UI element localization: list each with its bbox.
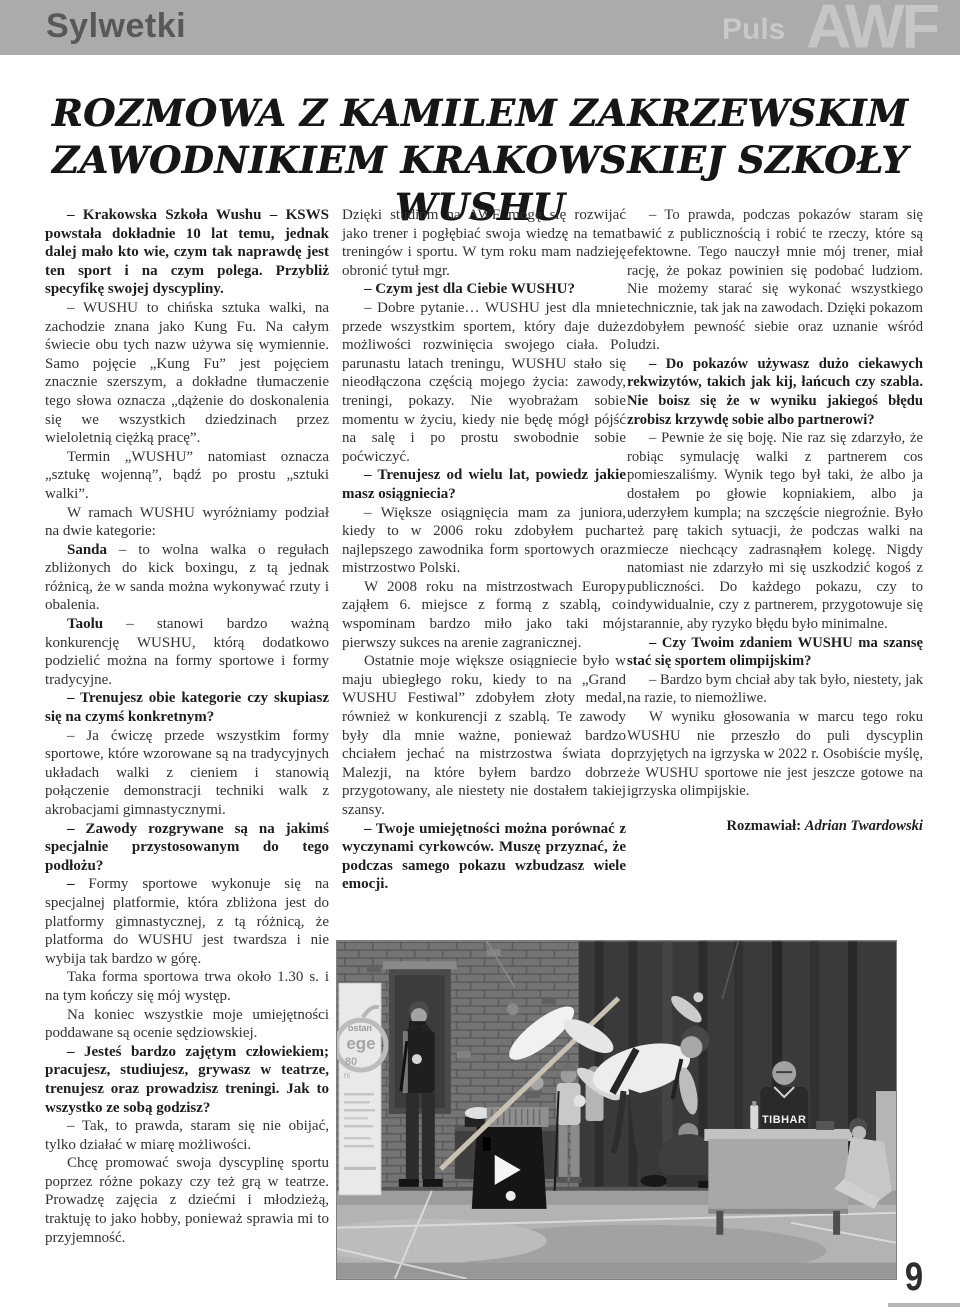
text-run: Chcę promować swoja dyscyplinę sportu po… (45, 1155, 329, 1245)
text-run: – Twoje umiejętności można porównać z wy… (342, 821, 626, 893)
article-paragraph: – Tak, to prawda, staram się nie obijać,… (45, 1117, 329, 1154)
text-run: – Większe osiągnięcia mam za juniora, ki… (342, 505, 626, 577)
text-run: – Do pokazów używasz dużo ciekawych rekw… (627, 356, 923, 428)
article-paragraph: Rozmawiał: Adrian Twardowski (627, 817, 923, 836)
article-paragraph: W wyniku głosowania w marcu tego roku WU… (627, 708, 923, 801)
loudspeaker (472, 1127, 547, 1209)
text-run: Dzięki studiom na AWF mogę się rozwijać … (342, 207, 626, 279)
text-run: Taolu (67, 616, 103, 632)
article-paragraph: – Ja ćwiczę przede wszystkim formy sport… (45, 727, 329, 820)
text-run: – To prawda, podczas pokazów staram się … (627, 207, 923, 353)
article-paragraph: W ramach WUSHU wyróżniamy podział na dwi… (45, 504, 329, 541)
text-run: – Czy Twoim zdaniem WUSHU ma szansę stać… (627, 635, 923, 670)
article-paragraph: – Trenujesz obie kategorie czy skupiasz … (45, 689, 329, 726)
text-run: – Ja ćwiczę przede wszystkim formy sport… (45, 728, 329, 818)
article-column-2: Dzięki studiom na AWF mogę się rozwijać … (342, 206, 626, 894)
article-paragraph: – Trenujesz od wielu lat, powiedz jakie … (342, 466, 626, 503)
article-column-3: – To prawda, podczas pokazów staram się … (627, 206, 923, 836)
article-paragraph: Sanda – to wolna walka o regułach zbliżo… (45, 541, 329, 615)
text-run: – Dobre pytanie… WUSHU jest dla mnie prz… (342, 300, 626, 465)
sponsor-banner: ostan ege 80 ni (337, 983, 386, 1195)
article-paragraph: – WUSHU to chińska sztuka walki, na zach… (45, 299, 329, 448)
text-run: – Trenujesz obie kategorie czy skupiasz … (45, 690, 329, 725)
text-run: – Zawody rozgrywane są na jakimś specjal… (45, 821, 329, 874)
performance-photo-illustration: Czarno-biała fotografia: zawodnik wushu … (337, 941, 896, 1279)
svg-text:ostan: ostan (348, 1023, 372, 1033)
article-paragraph: Taolu – stanowi bardzo ważną konkurencję… (45, 615, 329, 689)
article-paragraph: Ostatnie moje większe osiągniecie było w… (342, 652, 626, 819)
text-run: Taka forma sportowa trwa około 1.30 s. i… (45, 969, 329, 1004)
brand-awf-logo: AWF (806, 0, 937, 62)
article-paragraph: – Pewnie że się boję. Nie raz się zdarzy… (627, 429, 923, 634)
text-run: Ostatnie moje większe osiągniecie było w… (342, 653, 626, 818)
article-paragraph: – Czym jest dla Ciebie WUSHU? (342, 280, 626, 299)
text-run: – Czym jest dla Ciebie WUSHU? (364, 281, 575, 297)
tibhar-logo-text: TIBHAR (762, 1114, 806, 1126)
text-run: Adrian Twardowski (805, 818, 923, 834)
text-run: W wyniku głosowania w marcu tego roku WU… (627, 709, 923, 799)
article-paragraph: Na koniec wszystkie moje umiejętności po… (45, 1006, 329, 1043)
article-paragraph: Taka forma sportowa trwa około 1.30 s. i… (45, 968, 329, 1005)
article-title-line1: ROZMOWA Z KAMILEM ZAKRZEWSKIM (0, 90, 960, 137)
text-run: W ramach WUSHU wyróżniamy podział na dwi… (45, 505, 329, 540)
text-run: – Trenujesz od wielu lat, powiedz jakie … (342, 467, 626, 502)
article-paragraph: – Do pokazów używasz dużo ciekawych rekw… (627, 355, 923, 429)
article-paragraph: – Jesteś bardzo zajętym człowiekiem; pra… (45, 1043, 329, 1117)
article-column-1: – Krakowska Szkoła Wushu – KSWS powstała… (45, 206, 329, 1310)
article-paragraph: – Dobre pytanie… WUSHU jest dla mnie prz… (342, 299, 626, 466)
article-paragraph: – Formy sportowe wykonuje się na specjal… (45, 875, 329, 968)
article-paragraph: – Krakowska Szkoła Wushu – KSWS powstała… (45, 206, 329, 299)
svg-text:ege: ege (346, 1034, 375, 1053)
svg-text:80: 80 (345, 1056, 357, 1068)
text-run: – Jesteś bardzo zajętym człowiekiem; pra… (45, 1044, 329, 1116)
article-paragraph: W 2008 roku na mistrzostwach Europy zają… (342, 578, 626, 652)
page-number: 9 (898, 1255, 931, 1300)
text-run: Termin „WUSHU” natomiast oznacza „sztukę… (45, 449, 329, 502)
article-paragraph: – Większe osiągnięcia mam za juniora, ki… (342, 504, 626, 578)
text-run: – Tak, to prawda, staram się nie obijać,… (45, 1118, 329, 1153)
article-paragraph: – Twoje umiejętności można porównać z wy… (342, 820, 626, 894)
article-paragraph: Termin „WUSHU” natomiast oznacza „sztukę… (45, 448, 329, 504)
article-paragraph: Chcę promować swoja dyscyplinę sportu po… (45, 1154, 329, 1247)
article-paragraph: – Czy Twoim zdaniem WUSHU ma szansę stać… (627, 634, 923, 671)
text-run: Sanda (67, 542, 107, 558)
svg-text:ni: ni (344, 1071, 350, 1080)
article-paragraph: Dzięki studiom na AWF mogę się rozwijać … (342, 206, 626, 280)
text-run: Na koniec wszystkie moje umiejętności po… (45, 1007, 329, 1042)
page-number-rule (888, 1303, 960, 1307)
brand-puls: Puls (722, 13, 785, 47)
article-paragraph: – Bardzo bym chciał aby tak było, nieste… (627, 671, 923, 708)
section-label: Sylwetki (46, 7, 186, 46)
text-run: – Pewnie że się boję. Nie raz się zdarzy… (627, 430, 923, 632)
text-run: – Bardzo bym chciał aby tak było, nieste… (627, 672, 923, 707)
performance-photo: Czarno-biała fotografia: zawodnik wushu … (336, 940, 897, 1280)
magazine-page: Sylwetki Puls AWF ROZMOWA Z KAMILEM ZAKR… (0, 0, 960, 1316)
article-paragraph: – To prawda, podczas pokazów staram się … (627, 206, 923, 355)
text-run: Rozmawiał: (726, 818, 804, 834)
text-run: W 2008 roku na mistrzostwach Europy zają… (342, 579, 626, 651)
text-run: – (67, 876, 88, 892)
text-run: Formy sportowe wykonuje się na specjalne… (45, 876, 329, 966)
text-run: – WUSHU to chińska sztuka walki, na zach… (45, 300, 329, 446)
article-paragraph: – Zawody rozgrywane są na jakimś specjal… (45, 820, 329, 876)
text-run: – Krakowska Szkoła Wushu – KSWS powstała… (45, 207, 329, 297)
